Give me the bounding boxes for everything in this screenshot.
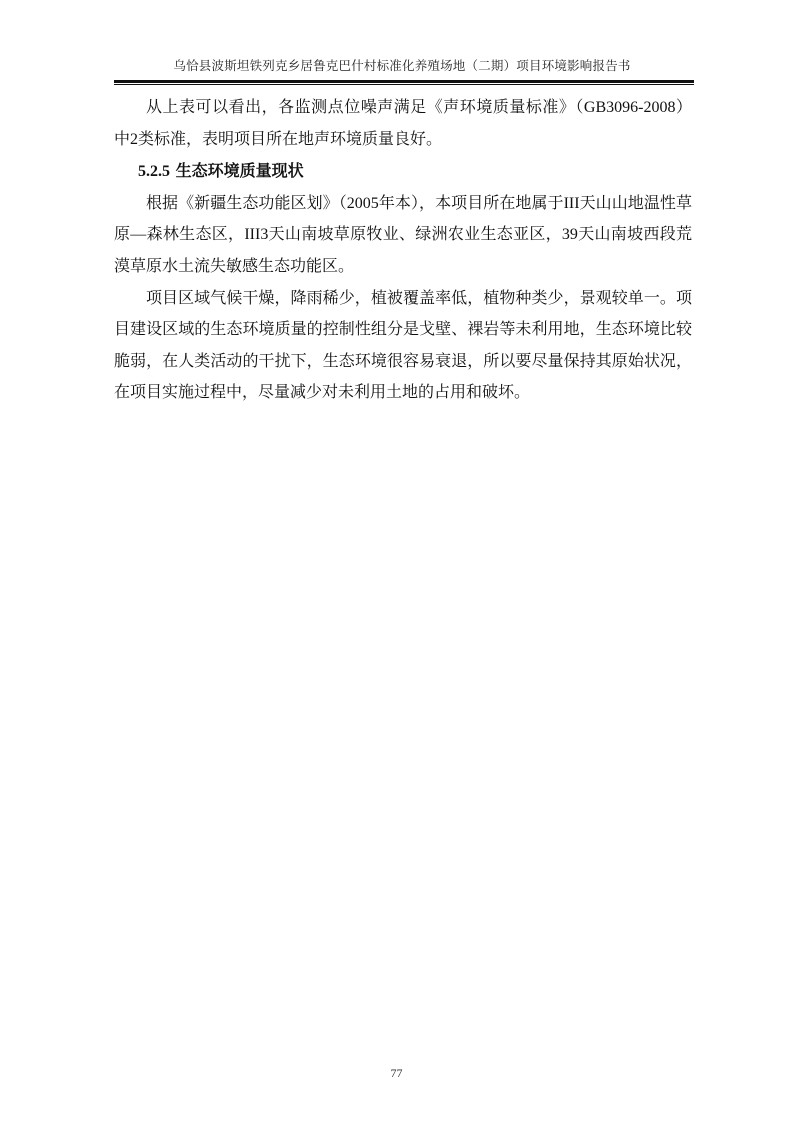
- document-header-title: 乌恰县波斯坦铁列克乡居鲁克巴什村标准化养殖场地（二期）项目环境影响报告书: [114, 56, 690, 74]
- section-heading: 5.2.5 生态环境质量现状: [114, 155, 692, 188]
- page-number: 77: [0, 1066, 793, 1081]
- paragraph-ecological-status: 项目区域气候干燥，降雨稀少，植被覆盖率低，植物种类少，景观较单一。项目建设区域的…: [114, 283, 692, 409]
- section-number: 5.2.5: [138, 163, 170, 180]
- section-title: 生态环境质量现状: [176, 161, 304, 180]
- header-double-rule: [114, 80, 694, 85]
- paragraph-noise-conclusion: 从上表可以看出，各监测点位噪声满足《声环境质量标准》（GB3096-2008）中…: [114, 92, 692, 155]
- paragraph-ecological-zoning: 根据《新疆生态功能区划》（2005年本），本项目所在地属于III天山山地温性草原…: [114, 188, 692, 283]
- document-body: 从上表可以看出，各监测点位噪声满足《声环境质量标准》（GB3096-2008）中…: [114, 92, 692, 409]
- header-rule-thin: [114, 84, 694, 85]
